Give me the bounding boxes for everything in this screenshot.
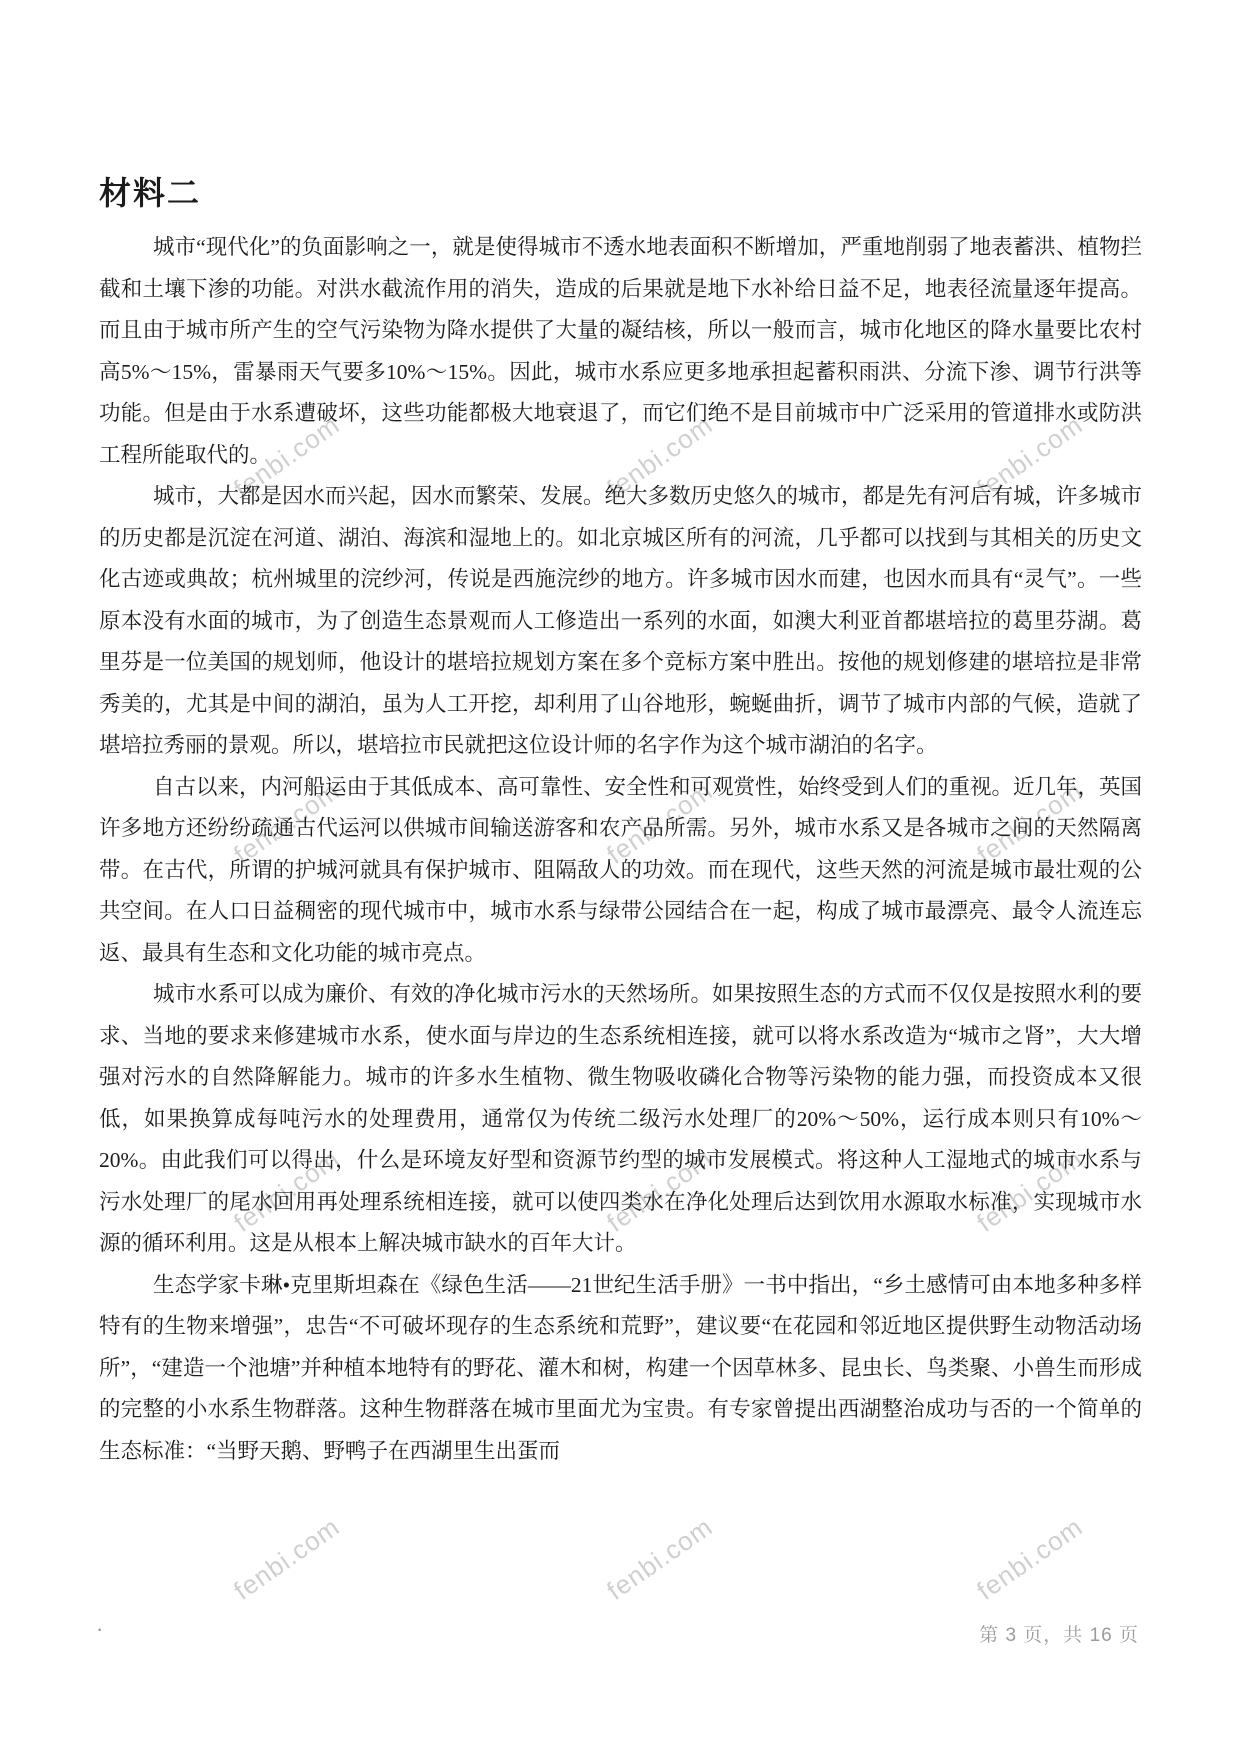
watermark-text: fenbi.com [601,1511,718,1606]
page-number-indicator: 第 3 页，共 16 页 [979,1620,1139,1647]
paragraph-1: 城市“现代化”的负面影响之一，就是使得城市不透水地表面积不断增加，严重地削弱了地… [99,227,1142,476]
document-body: 城市“现代化”的负面影响之一，就是使得城市不透水地表面积不断增加，严重地削弱了地… [99,227,1142,1472]
margin-dot: · [96,1616,103,1642]
document-page: fenbi.comfenbi.comfenbi.comfenbi.comfenb… [0,0,1240,1754]
paragraph-3: 自古以来，内河船运由于其低成本、高可靠性、安全性和可观赏性，始终受到人们的重视。… [99,767,1142,975]
watermark-text: fenbi.com [228,1511,345,1606]
material-title: 材料二 [99,168,201,214]
watermark-text: fenbi.com [971,1511,1088,1606]
paragraph-2: 城市，大都是因水而兴起，因水而繁荣、发展。绝大多数历史悠久的城市，都是先有河后有… [99,476,1142,767]
paragraph-5: 生态学家卡琳•克里斯坦森在《绿色生活——21世纪生活手册》一书中指出，“乡土感情… [99,1265,1142,1473]
paragraph-4: 城市水系可以成为廉价、有效的净化城市污水的天然场所。如果按照生态的方式而不仅仅是… [99,974,1142,1265]
